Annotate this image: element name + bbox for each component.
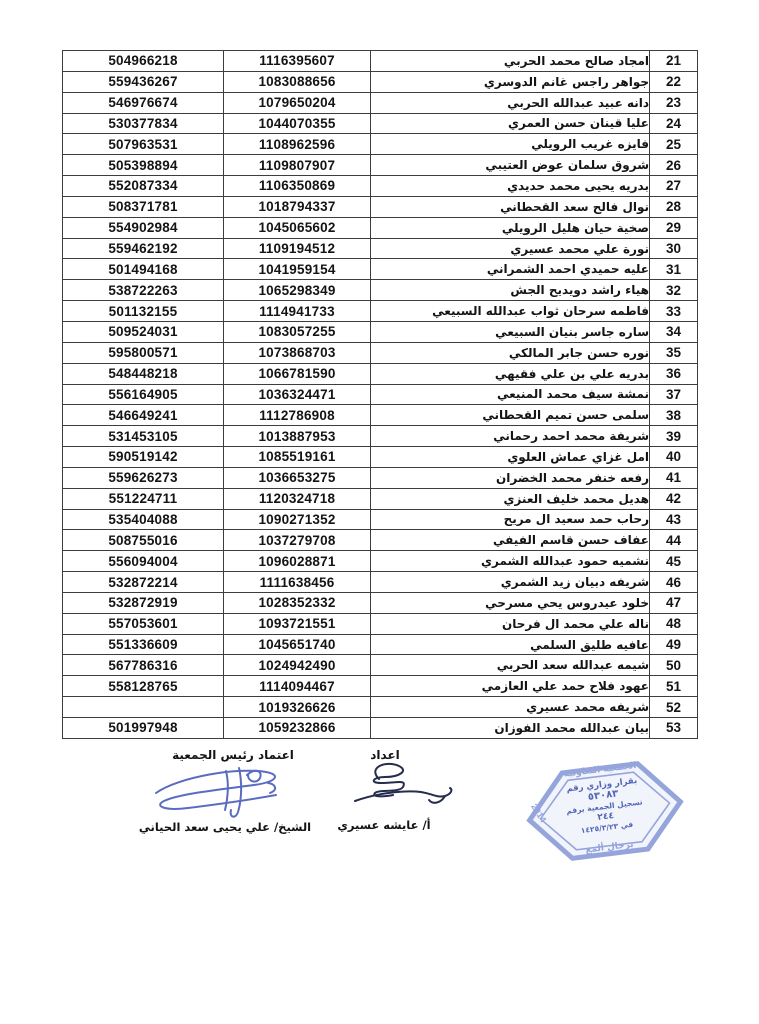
row-number-cell: 33 <box>650 301 698 322</box>
row-number-cell: 25 <box>650 134 698 155</box>
preparer-signature-icon <box>347 759 462 811</box>
table-row: 530377834 1044070355 عليا قينان حسن العم… <box>63 113 698 134</box>
id-number-cell: 1116395607 <box>224 51 371 72</box>
table-row: 567786316 1024942490 شيمه عبدالله سعد ال… <box>63 655 698 676</box>
phone-cell: 557053601 <box>63 613 224 634</box>
member-name-cell: ساره جاسر بنيان السبيعي <box>371 321 650 342</box>
table-row: 546976674 1079650204 دانه عبيد عبدالله ا… <box>63 92 698 113</box>
member-name-cell: دانه عبيد عبدالله الحربي <box>371 92 650 113</box>
table-row: 559436267 1083088656 جواهر راجس غانم الد… <box>63 71 698 92</box>
member-name-cell: جواهر راجس غانم الدوسري <box>371 71 650 92</box>
row-number-cell: 49 <box>650 634 698 655</box>
table-row: 501494168 1041959154 عليه حميدي احمد الش… <box>63 259 698 280</box>
table-row: 505398894 1109807907 شروق سلمان عوض العت… <box>63 155 698 176</box>
phone-cell <box>63 697 224 718</box>
row-number-cell: 44 <box>650 530 698 551</box>
id-number-cell: 1109807907 <box>224 155 371 176</box>
phone-cell: 501997948 <box>63 718 224 739</box>
row-number-cell: 52 <box>650 697 698 718</box>
table-row: 532872214 1111638456 شريفه دبيان زيد الش… <box>63 572 698 593</box>
table-row: 504966218 1116395607 امجاد صالح محمد الح… <box>63 51 698 72</box>
row-number-cell: 43 <box>650 509 698 530</box>
row-number-cell: 39 <box>650 426 698 447</box>
phone-cell: 559462192 <box>63 238 224 259</box>
phone-cell: 507963531 <box>63 134 224 155</box>
table-row: 551336609 1045651740 عافيه طليق السلمي 4… <box>63 634 698 655</box>
member-name-cell: نوره حسن جابر المالكي <box>371 342 650 363</box>
table-row: 538722263 1065298349 هياء راشد دويديح ال… <box>63 280 698 301</box>
table-row: 559626273 1036653275 رفعه خنفر محمد الخض… <box>63 467 698 488</box>
id-number-cell: 1114941733 <box>224 301 371 322</box>
row-number-cell: 45 <box>650 551 698 572</box>
row-number-cell: 41 <box>650 467 698 488</box>
member-name-cell: خلود عيدروس يحي مسرحي <box>371 592 650 613</box>
phone-cell: 556094004 <box>63 551 224 572</box>
member-name-cell: شريفة محمد احمد رحماني <box>371 426 650 447</box>
row-number-cell: 42 <box>650 488 698 509</box>
member-name-cell: شريفه دبيان زيد الشمري <box>371 572 650 593</box>
row-number-cell: 37 <box>650 384 698 405</box>
table-row: 595800571 1073868703 نوره حسن جابر المال… <box>63 342 698 363</box>
row-number-cell: 38 <box>650 405 698 426</box>
id-number-cell: 1114094467 <box>224 676 371 697</box>
member-name-cell: عليا قينان حسن العمري <box>371 113 650 134</box>
row-number-cell: 26 <box>650 155 698 176</box>
member-name-cell: رحاب حمد سعيد ال مريح <box>371 509 650 530</box>
row-number-cell: 30 <box>650 238 698 259</box>
phone-cell: 532872919 <box>63 592 224 613</box>
member-name-cell: سلمى حسن تميم القحطاني <box>371 405 650 426</box>
member-name-cell: امجاد صالح محمد الحربي <box>371 51 650 72</box>
member-name-cell: بدريه علي بن علي فقيهي <box>371 363 650 384</box>
phone-cell: 535404088 <box>63 509 224 530</box>
id-number-cell: 1066781590 <box>224 363 371 384</box>
member-name-cell: امل غزاي عماش العلوي <box>371 447 650 468</box>
id-number-cell: 1090271352 <box>224 509 371 530</box>
phone-cell: 590519142 <box>63 447 224 468</box>
row-number-cell: 22 <box>650 71 698 92</box>
row-number-cell: 46 <box>650 572 698 593</box>
member-name-cell: عافيه طليق السلمي <box>371 634 650 655</box>
id-number-cell: 1059232866 <box>224 718 371 739</box>
row-number-cell: 50 <box>650 655 698 676</box>
row-number-cell: 32 <box>650 280 698 301</box>
table-row: 557053601 1093721551 ناله علي محمد ال فر… <box>63 613 698 634</box>
phone-cell: 538722263 <box>63 280 224 301</box>
phone-cell: 546649241 <box>63 405 224 426</box>
member-name-cell: رفعه خنفر محمد الخضران <box>371 467 650 488</box>
member-name-cell: عليه حميدي احمد الشمراني <box>371 259 650 280</box>
id-number-cell: 1120324718 <box>224 488 371 509</box>
phone-cell: 531453105 <box>63 426 224 447</box>
phone-cell: 530377834 <box>63 113 224 134</box>
row-number-cell: 24 <box>650 113 698 134</box>
table-row: 501132155 1114941733 فاطمه سرحان ثواب عب… <box>63 301 698 322</box>
phone-cell: 504966218 <box>63 51 224 72</box>
members-table: 504966218 1116395607 امجاد صالح محمد الح… <box>62 50 698 739</box>
phone-cell: 552087334 <box>63 176 224 197</box>
row-number-cell: 21 <box>650 51 698 72</box>
id-number-cell: 1036653275 <box>224 467 371 488</box>
phone-cell: 508755016 <box>63 530 224 551</box>
id-number-cell: 1028352332 <box>224 592 371 613</box>
phone-cell: 505398894 <box>63 155 224 176</box>
phone-cell: 556164905 <box>63 384 224 405</box>
member-name-cell: ناله علي محمد ال فرحان <box>371 613 650 634</box>
row-number-cell: 53 <box>650 718 698 739</box>
id-number-cell: 1024942490 <box>224 655 371 676</box>
member-name-cell: شريفه محمد عسيري <box>371 697 650 718</box>
table-row: 532872919 1028352332 خلود عيدروس يحي مسر… <box>63 592 698 613</box>
table-row: 1019326626 شريفه محمد عسيري 52 <box>63 697 698 718</box>
id-number-cell: 1036324471 <box>224 384 371 405</box>
member-name-cell: فايزه غريب الرويلي <box>371 134 650 155</box>
phone-cell: 501494168 <box>63 259 224 280</box>
row-number-cell: 28 <box>650 196 698 217</box>
table-row: 548448218 1066781590 بدريه علي بن علي فق… <box>63 363 698 384</box>
table-row: 558128765 1114094467 عهود فلاح حمد علي ا… <box>63 676 698 697</box>
member-name-cell: عهود فلاح حمد علي العازمي <box>371 676 650 697</box>
approver-name: الشيخ/ علي يحيى سعد الحياني <box>130 820 320 834</box>
id-number-cell: 1045065602 <box>224 217 371 238</box>
member-name-cell: هياء راشد دويديح الجش <box>371 280 650 301</box>
phone-cell: 551336609 <box>63 634 224 655</box>
id-number-cell: 1106350869 <box>224 176 371 197</box>
id-number-cell: 1073868703 <box>224 342 371 363</box>
id-number-cell: 1085519161 <box>224 447 371 468</box>
phone-cell: 595800571 <box>63 342 224 363</box>
member-name-cell: عفاف حسن قاسم الفيفي <box>371 530 650 551</box>
phone-cell: 546976674 <box>63 92 224 113</box>
table-row: 508371781 1018794337 نوال فالح سعد القحط… <box>63 196 698 217</box>
table-row: 535404088 1090271352 رحاب حمد سعيد ال مر… <box>63 509 698 530</box>
table-row: 554902984 1045065602 صخية حيان هليل الرو… <box>63 217 698 238</box>
phone-cell: 509524031 <box>63 321 224 342</box>
id-number-cell: 1096028871 <box>224 551 371 572</box>
member-name-cell: نوال فالح سعد القحطاني <box>371 196 650 217</box>
table-row: 559462192 1109194512 نورة علي محمد عسيري… <box>63 238 698 259</box>
id-number-cell: 1019326626 <box>224 697 371 718</box>
row-number-cell: 48 <box>650 613 698 634</box>
id-number-cell: 1037279708 <box>224 530 371 551</box>
preparer-name: أ/ عايشه عسيري <box>328 818 440 832</box>
phone-cell: 559436267 <box>63 71 224 92</box>
row-number-cell: 40 <box>650 447 698 468</box>
scanned-document-page: 504966218 1116395607 امجاد صالح محمد الح… <box>0 0 759 1024</box>
id-number-cell: 1013887953 <box>224 426 371 447</box>
member-name-cell: شيمه عبدالله سعد الحربي <box>371 655 650 676</box>
id-number-cell: 1045651740 <box>224 634 371 655</box>
id-number-cell: 1041959154 <box>224 259 371 280</box>
row-number-cell: 51 <box>650 676 698 697</box>
phone-cell: 501132155 <box>63 301 224 322</box>
id-number-cell: 1112786908 <box>224 405 371 426</box>
table-row: 590519142 1085519161 امل غزاي عماش العلو… <box>63 447 698 468</box>
row-number-cell: 31 <box>650 259 698 280</box>
id-number-cell: 1109194512 <box>224 238 371 259</box>
approval-title: اعتماد رئيس الجمعية <box>158 748 308 762</box>
phone-cell: 567786316 <box>63 655 224 676</box>
member-name-cell: بيان عبدالله محمد الفوزان <box>371 718 650 739</box>
member-name-cell: نشميه حمود عبدالله الشمري <box>371 551 650 572</box>
member-name-cell: نورة علي محمد عسيري <box>371 238 650 259</box>
table-row: 507963531 1108962596 فايزه غريب الرويلي … <box>63 134 698 155</box>
table-row: 546649241 1112786908 سلمى حسن تميم القحط… <box>63 405 698 426</box>
table-row: 501997948 1059232866 بيان عبدالله محمد ا… <box>63 718 698 739</box>
row-number-cell: 34 <box>650 321 698 342</box>
id-number-cell: 1065298349 <box>224 280 371 301</box>
id-number-cell: 1111638456 <box>224 572 371 593</box>
phone-cell: 548448218 <box>63 363 224 384</box>
president-signature-icon <box>150 763 295 821</box>
table-row: 508755016 1037279708 عفاف حسن قاسم الفيف… <box>63 530 698 551</box>
row-number-cell: 23 <box>650 92 698 113</box>
row-number-cell: 35 <box>650 342 698 363</box>
table-row: 556164905 1036324471 نمشة سيف محمد المني… <box>63 384 698 405</box>
table-row: 556094004 1096028871 نشميه حمود عبدالله … <box>63 551 698 572</box>
phone-cell: 532872214 <box>63 572 224 593</box>
id-number-cell: 1108962596 <box>224 134 371 155</box>
member-name-cell: نمشة سيف محمد المنيعي <box>371 384 650 405</box>
row-number-cell: 36 <box>650 363 698 384</box>
member-name-cell: صخية حيان هليل الرويلي <box>371 217 650 238</box>
member-name-cell: بدريه يحيى محمد حديدي <box>371 176 650 197</box>
phone-cell: 558128765 <box>63 676 224 697</box>
phone-cell: 551224711 <box>63 488 224 509</box>
id-number-cell: 1044070355 <box>224 113 371 134</box>
member-name-cell: هديل محمد خليف العنزي <box>371 488 650 509</box>
id-number-cell: 1079650204 <box>224 92 371 113</box>
table-row: 551224711 1120324718 هديل محمد خليف العن… <box>63 488 698 509</box>
table-row: 509524031 1083057255 ساره جاسر بنيان الس… <box>63 321 698 342</box>
id-number-cell: 1083057255 <box>224 321 371 342</box>
id-number-cell: 1018794337 <box>224 196 371 217</box>
association-stamp: الجمعية التعاونية بقرار وزاري رقم ٥٣٠٨٣ … <box>517 744 694 877</box>
member-name-cell: شروق سلمان عوض العتيبي <box>371 155 650 176</box>
row-number-cell: 27 <box>650 176 698 197</box>
row-number-cell: 29 <box>650 217 698 238</box>
phone-cell: 508371781 <box>63 196 224 217</box>
phone-cell: 559626273 <box>63 467 224 488</box>
id-number-cell: 1083088656 <box>224 71 371 92</box>
id-number-cell: 1093721551 <box>224 613 371 634</box>
table-row: 552087334 1106350869 بدريه يحيى محمد حدي… <box>63 176 698 197</box>
row-number-cell: 47 <box>650 592 698 613</box>
member-name-cell: فاطمه سرحان ثواب عبدالله السبيعي <box>371 301 650 322</box>
phone-cell: 554902984 <box>63 217 224 238</box>
table-row: 531453105 1013887953 شريفة محمد احمد رحم… <box>63 426 698 447</box>
